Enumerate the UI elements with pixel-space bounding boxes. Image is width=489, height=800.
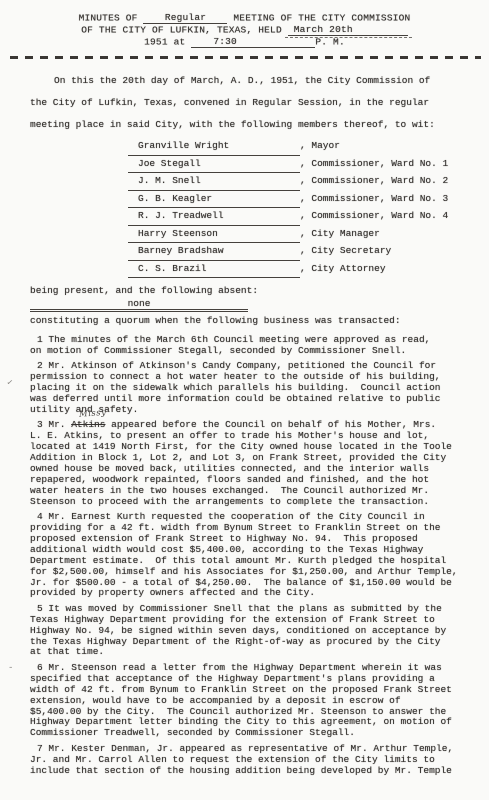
- member-title: , Commissioner, Ward No. 4: [300, 210, 448, 221]
- member-row: Granville Wright, Mayor: [128, 137, 489, 155]
- document-page: MINUTES OF Regular MEETING OF THE CITY C…: [0, 0, 489, 800]
- minutes-paragraph: 1 The minutes of the March 6th Council m…: [30, 335, 465, 357]
- header-text: OF THE CITY OF LUFKIN, TEXAS, HELD: [81, 25, 282, 36]
- minutes-paragraph: 4 Mr. Earnest Kurth requested the cooper…: [30, 512, 465, 599]
- line-prefix: 3 Mr.: [37, 419, 71, 430]
- members-roster: Granville Wright, MayorJoe Stegall, Comm…: [128, 137, 489, 277]
- member-name-fill: Barney Bradshaw: [128, 242, 300, 261]
- member-name-fill: Granville Wright: [128, 137, 300, 156]
- attendance-section: being present, and the following absent:…: [30, 284, 463, 327]
- line-suffix: appeared before the Council on behalf of…: [105, 419, 436, 430]
- member-name-fill: G. B. Keagler: [128, 190, 300, 209]
- member-name-fill: Harry Steenson: [128, 225, 300, 244]
- fill-meeting-type-value: Regular: [165, 12, 206, 23]
- fill-absent: none: [30, 297, 248, 312]
- minutes-paragraph: 6 Mr. Steenson read a letter from the Hi…: [30, 663, 465, 739]
- member-name-fill: R. J. Treadwell: [128, 207, 300, 226]
- member-row: Joe Stegall, Commissioner, Ward No. 1: [128, 155, 489, 173]
- header-text: 1951 at: [144, 37, 185, 48]
- minutes-line: extension, would have to be accompanied …: [30, 696, 465, 707]
- header-text: MINUTES OF: [79, 13, 138, 24]
- minutes-line: Steenson to proceed with the arrangement…: [30, 497, 465, 508]
- member-row: R. J. Treadwell, Commissioner, Ward No. …: [128, 207, 489, 225]
- minutes-paragraph: 7 Mr. Kester Denman, Jr. appeared as rep…: [30, 744, 465, 777]
- minutes-line: width of 42 ft. from Bynum to Franklin S…: [30, 685, 465, 696]
- minutes-line: for $2,500.00, himself and his Associate…: [30, 567, 465, 578]
- member-row: Harry Steenson, City Manager: [128, 225, 489, 243]
- minutes-line: Commissioner Treadwell, seconded by Comm…: [30, 728, 465, 739]
- margin-pencil-mark: -: [8, 663, 13, 673]
- member-row: C. S. Brazil, City Attorney: [128, 260, 489, 278]
- minutes-line: provided by property owners affected and…: [30, 588, 465, 599]
- fill-meeting-time: 7:30: [191, 36, 315, 48]
- header-text: P. M.: [315, 37, 345, 48]
- opening-paragraph: On this the 20th day of March, A. D., 19…: [30, 70, 463, 136]
- opening-line: On this the 20th day of March, A. D., 19…: [30, 70, 463, 92]
- header-line-3: 1951 at 7:30P. M.: [0, 36, 489, 48]
- minutes-paragraph: 5 It was moved by Commissioner Snell tha…: [30, 604, 465, 659]
- fill-meeting-date-value: March 20th: [294, 24, 353, 35]
- member-title: , Mayor: [300, 140, 340, 151]
- dashed-separator-rule: [10, 56, 481, 59]
- member-title: , City Manager: [300, 228, 380, 239]
- fill-meeting-time-value: 7:30: [213, 36, 237, 47]
- fill-meeting-type: Regular: [143, 12, 227, 24]
- present-text: being present, and the following absent:: [30, 285, 258, 296]
- struck-text: AtkinsMissy: [71, 419, 105, 430]
- minutes-line: Department estimate. Of this total amoun…: [30, 556, 465, 567]
- fill-meeting-date: March 20th: [288, 24, 408, 36]
- opening-line: the City of Lufkin, Texas, convened in R…: [30, 92, 463, 114]
- fill-absent-value: none: [128, 298, 151, 309]
- present-absent-line: being present, and the following absent:…: [30, 284, 463, 312]
- opening-line: meeting place in said City, with the fol…: [30, 114, 463, 136]
- header-line-2: OF THE CITY OF LUFKIN, TEXAS, HELD March…: [0, 24, 489, 36]
- member-title: , City Secretary: [300, 245, 391, 256]
- minutes-paragraph: 3 Mr. AtkinsMissy appeared before the Co…: [30, 420, 465, 507]
- member-row: J. M. Snell, Commissioner, Ward No. 2: [128, 172, 489, 190]
- member-name-fill: C. S. Brazil: [128, 260, 300, 279]
- header-text: MEETING OF THE CITY COMMISSION: [233, 13, 410, 24]
- member-title: , Commissioner, Ward No. 1: [300, 158, 448, 169]
- member-title: , Commissioner, Ward No. 3: [300, 193, 448, 204]
- member-row: G. B. Keagler, Commissioner, Ward No. 3: [128, 190, 489, 208]
- member-title: , Commissioner, Ward No. 2: [300, 175, 448, 186]
- minutes-line: on motion of Commissioner Stegall, secon…: [30, 346, 465, 357]
- header-line-1: MINUTES OF Regular MEETING OF THE CITY C…: [0, 12, 489, 24]
- minutes-line: include that section of the housing addi…: [30, 766, 465, 777]
- member-name-fill: J. M. Snell: [128, 172, 300, 191]
- member-row: Barney Bradshaw, City Secretary: [128, 242, 489, 260]
- quorum-line: constituting a quorum when the following…: [30, 314, 463, 327]
- minutes-line: at that time.: [30, 647, 465, 658]
- member-title: , City Attorney: [300, 263, 386, 274]
- handwritten-correction: Missy: [72, 409, 107, 420]
- minutes-paragraphs: 1 The minutes of the March 6th Council m…: [30, 335, 465, 776]
- minutes-line: 7 Mr. Kester Denman, Jr. appeared as rep…: [30, 744, 465, 755]
- minutes-line: Jr. and Mr. Carrol Allen to request the …: [30, 755, 465, 766]
- margin-pencil-mark: ✓: [6, 378, 13, 389]
- minutes-line: Highway No. 94, be signed within seven d…: [30, 626, 465, 637]
- document-header: MINUTES OF Regular MEETING OF THE CITY C…: [0, 0, 489, 48]
- member-name-fill: Joe Stegall: [128, 155, 300, 174]
